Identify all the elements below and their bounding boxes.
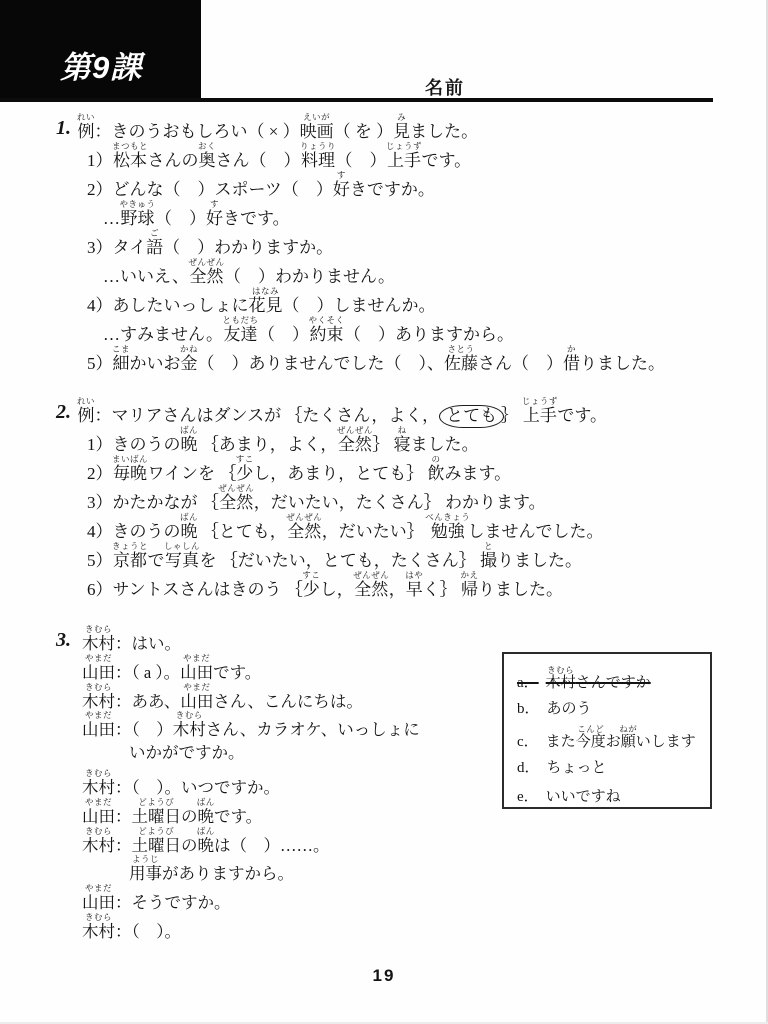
option-label: d． [517,760,540,776]
text-segment: （ ） [155,209,206,228]
ruby-text: 毎晩まいばん [113,464,148,483]
text-segment: ：きのうおもしろい（ × ） [95,122,300,141]
text-segment: ，だいたい｝ [322,522,428,541]
text-segment: 6）サントスさんはきのう ｛ [87,580,303,599]
text-segment: ：（ ）。 [115,922,181,941]
ruby-base: 晩 [197,836,215,855]
ruby-base: 語 [146,238,163,257]
furigana: ぜんぜん [189,257,225,267]
ruby-base: 佐藤 [444,354,478,373]
text-segment: ちょっと [547,760,607,776]
furigana: やまだ [82,653,115,663]
circled-answer: とても [439,405,504,428]
text-segment: ， [389,580,406,599]
ruby-text: 木村きむら [546,675,576,691]
answer-option: e．いいですね [517,783,710,813]
header-rule [0,98,713,102]
ruby-base: 木村 [173,720,206,739]
furigana: ようじ [129,854,162,864]
text-segment: （ ）ありませんでした（ ）、 [198,354,445,373]
ruby-base: 飲 [428,464,445,483]
ruby-text: 少すこ [236,464,253,483]
furigana: じょうず [522,396,558,406]
text-segment: … [103,209,120,228]
furigana: み [393,112,410,122]
text-segment: また [546,734,576,750]
furigana: しゃしん [164,541,200,551]
ruby-base: 野球 [120,209,156,228]
ruby-text: 見み [393,122,410,141]
ruby-base: 好 [333,180,350,199]
ruby-text: 寝ね [394,435,411,454]
worksheet-line: 例れい：マリアさんはダンスが ｛たくさん，よく，とても｝ 上手じょうずです。 [77,396,607,425]
text-segment: く｝ [423,580,461,599]
ruby-text: 用事ようじ [129,864,162,883]
ruby-text: 願ねが [621,734,636,750]
ruby-text: 早はや [406,580,423,599]
section-number: 1. [56,117,71,140]
worksheet-page: 第9課 名前 1.例れい：きのうおもしろい（ × ）映画えいが（ を ）見みまし… [0,0,768,1024]
furigana: やまだ [82,883,115,893]
ruby-base: 料理 [300,151,336,170]
ruby-text: 木村きむら [82,922,115,941]
text-segment: です。 [557,406,607,425]
furigana: かえ [460,570,478,580]
furigana: はなみ [249,286,283,296]
ruby-base: 山田 [82,893,115,912]
ruby-base: 山田 [180,692,213,711]
answer-option: a．木村きむらさんですか [517,665,710,695]
text-segment: 2） [87,464,113,483]
text-segment: …すみません。 [103,325,223,344]
ruby-text: 上手じょうず [522,406,557,425]
text-segment: の [181,807,198,826]
ruby-base: 晩 [197,807,215,826]
ruby-text: 山田やまだ [82,807,115,826]
text-segment: いいですね [546,789,621,805]
worksheet-line: 3）タイ語ご（ ）わかりますか。 [87,228,665,257]
ruby-text: 好す [206,209,223,228]
ruby-base: 上手 [386,151,422,170]
ruby-text: 好す [333,180,350,199]
ruby-base: 木村 [546,675,576,691]
text-segment: きです。 [223,209,290,228]
text-segment: ワインを ｛ [148,464,237,483]
ruby-text: 帰かえ [461,580,478,599]
ruby-base: 木村 [82,692,115,711]
text-segment: いします [636,734,696,750]
ruby-base: 映画 [300,122,334,141]
ruby-text: 語ご [146,238,163,257]
worksheet-line: 5）細こまかいお金かね（ ）ありませんでした（ ）、佐藤さとうさん（ ）借かりま… [87,344,665,373]
furigana: すこ [302,570,320,580]
furigana: えいが [300,112,334,122]
text-segment: さん（ ） [216,151,301,170]
ruby-text: 山田やまだ [180,692,213,711]
ruby-base: 例 [77,406,95,425]
ruby-base: 全然 [286,522,322,541]
ruby-text: 晩ばん [198,807,215,826]
worksheet-line: 2）毎晩まいばんワインを ｛少すこし，あまり，とても｝ 飲のみます。 [87,454,607,483]
ruby-base: 撮 [480,551,497,570]
text-segment: 3）かたかなが ｛ [87,493,219,512]
worksheet-line: …いいえ、全然ぜんぜん（ ）わかりません。 [103,257,665,286]
furigana: ぜんぜん [218,483,254,493]
worksheet-line: 4）きのうの晩ばん ｛とても，全然ぜんぜん，だいたい｝ 勉強べんきょうしませんで… [87,512,607,541]
section-number: 2. [56,401,71,424]
ruby-text: 木村きむら [82,692,115,711]
text-segment: ：（ ）。いつですか。 [115,778,280,797]
furigana: どようび [132,826,181,836]
furigana: きむら [82,912,115,922]
text-segment: ： [115,807,132,826]
option-label: e． [517,789,539,805]
option-label: c． [517,734,539,750]
worksheet-line: 2）どんな（ ）スポーツ（ ）好すきですか。 [87,170,665,199]
furigana: やまだ [82,797,115,807]
answer-option: b．あのう [517,695,710,725]
ruby-base: 寝 [394,435,411,454]
ruby-text: 花見はなみ [249,296,283,315]
ruby-text: 映画えいが [300,122,334,141]
ruby-base: 晩 [180,522,198,541]
furigana: じょうず [386,141,422,151]
text-segment: （ ）ありますから。 [344,325,514,344]
furigana: きむら [82,682,115,692]
furigana: すこ [236,454,254,464]
furigana: ばん [180,512,198,522]
ruby-text: 飲の [428,464,445,483]
text-segment: ｛とても， [198,522,287,541]
text-segment: 3）タイ [87,238,146,257]
text-segment: ： [115,836,132,855]
furigana: どようび [132,797,181,807]
furigana: かね [180,344,198,354]
furigana: やまだ [82,710,115,720]
text-segment: （ を ） [334,122,394,141]
text-segment: （ ）しませんか。 [283,296,436,315]
text-segment: いかがですか。 [129,743,245,762]
text-segment: ｛あまり，よく， [198,435,338,454]
ruby-text: 佐藤さとう [444,354,478,373]
lesson-title: 第9課 [60,42,142,87]
ruby-base: 少 [236,464,254,483]
text-segment: ：マリアさんはダンスが ｛たくさん，よく， [95,406,440,425]
ruby-text: 山田やまだ [82,720,115,739]
text-segment: …いいえ、 [103,267,189,286]
ruby-base: 山田 [82,720,115,739]
ruby-base: 金 [180,354,198,373]
text-segment: 1）きのうの [87,435,181,454]
lesson-header-block: 第9課 [0,0,201,98]
ruby-base: 例 [77,122,95,141]
text-segment: みます。 [445,464,512,483]
ruby-text: 全然ぜんぜん [337,435,372,454]
furigana: きむら [82,826,115,836]
ruby-text: 金かね [181,354,198,373]
text-segment: ました。 [410,122,478,141]
furigana: きょうと [112,541,148,551]
ruby-base: 木村 [82,778,115,797]
ruby-base: 全然 [337,435,373,454]
furigana: やまだ [180,682,213,692]
ruby-text: 撮と [480,551,497,570]
worksheet-line: 4）あしたいっしょに花見はなみ（ ）しませんか。 [87,286,665,315]
text-segment: かいお [130,354,181,373]
ruby-base: 花見 [249,296,283,315]
ruby-base: 用事 [129,864,162,883]
ruby-base: 毎晩 [112,464,148,483]
worksheet-line: 例れい：きのうおもしろい（ × ）映画えいが（ を ）見みました。 [77,112,665,141]
answer-option: d．ちょっと [517,754,710,784]
ruby-base: 少 [302,580,320,599]
ruby-text: 晩ばん [198,836,215,855]
text-segment: し，あまり，とても｝ [253,464,427,483]
ruby-text: 京都きょうと [113,551,148,570]
ruby-base: 全然 [353,580,389,599]
ruby-text: 全然ぜんぜん [354,580,389,599]
text-segment: しませんでした。 [468,522,604,541]
worksheet-line: 木村きむら：はい。 [82,624,420,653]
ruby-base: 上手 [522,406,558,425]
text-segment: ：そうですか。 [115,893,231,912]
furigana: きむら [546,665,576,675]
ruby-text: 木村きむら [82,836,115,855]
ruby-base: 山田 [82,663,115,682]
furigana: やくそく [309,315,345,325]
text-segment: さんの [148,151,199,170]
furigana: ともだち [223,315,259,325]
text-segment: （ ） [258,325,309,344]
furigana: す [333,170,350,180]
furigana: と [480,541,497,551]
furigana: きむら [173,710,206,720]
exercise-section-3: 3.木村きむら：はい。山田やまだ：（ a ）。山田やまだです。木村きむら：ああ、… [56,624,420,941]
ruby-text: 写真しゃしん [165,551,200,570]
text-segment: ：はい。 [115,634,181,653]
ruby-base: 勉強 [425,522,470,541]
ruby-base: 写真 [164,551,200,570]
section-number: 3. [56,629,71,652]
furigana: まいばん [112,454,148,464]
ruby-text: 晩ばん [181,522,198,541]
furigana: さとう [444,344,478,354]
ruby-text: 料理りょうり [301,151,336,170]
ruby-text: 全然ぜんぜん [287,522,322,541]
furigana: やきゅう [120,199,156,209]
exercise-section-1: 1.例れい：きのうおもしろい（ × ）映画えいが（ を ）見みました。1）松本ま… [56,112,665,373]
ruby-base: 願 [619,734,637,750]
text-segment: 4）あしたいっしょに [87,296,249,315]
text-segment: し， [320,580,354,599]
ruby-text: 例れい [77,406,95,425]
ruby-base: 木村 [82,634,115,653]
text-segment: ，だいたい，たくさん｝ わかります。 [254,493,546,512]
ruby-base: 友達 [223,325,259,344]
text-segment: きですか。 [350,180,435,199]
text-segment: ：（ ） [115,720,173,739]
text-segment: 5） [87,354,113,373]
text-segment: です。 [214,807,262,826]
text-segment: りました。 [497,551,582,570]
ruby-text: 土曜日どようび [132,807,182,826]
ruby-base: 土曜日 [132,807,182,826]
ruby-text: 木村きむら [82,634,115,653]
ruby-base: 土曜日 [132,836,182,855]
furigana: ばん [197,797,215,807]
text-segment: りました。 [580,354,665,373]
furigana: きむら [82,624,115,634]
ruby-text: 例れい [77,122,95,141]
furigana: れい [77,396,95,406]
ruby-text: 上手じょうず [387,151,422,170]
furigana: ぜんぜん [353,570,389,580]
ruby-base: 木村 [82,922,115,941]
ruby-text: 松本まつもと [113,151,148,170]
ruby-base: 全然 [218,493,254,512]
furigana: りょうり [300,141,336,151]
furigana: か [563,344,580,354]
ruby-base: 山田 [82,807,115,826]
text-segment: 5） [87,551,113,570]
furigana: ね [394,425,411,435]
text-segment: さん、カラオケ、いっしょに [206,720,420,739]
ruby-base: 今度 [576,734,606,750]
ruby-base: 晩 [180,435,198,454]
ruby-text: 約束やくそく [309,325,344,344]
furigana: の [428,454,445,464]
furigana: おく [198,141,216,151]
ruby-text: 木村きむら [173,720,206,739]
text-segment: ｝ [501,406,522,425]
furigana: べんきょう [425,512,470,522]
ruby-base: 松本 [112,151,148,170]
ruby-text: 山田やまだ [82,893,115,912]
furigana: ご [146,228,163,238]
worksheet-line: 3）かたかなが ｛全然ぜんぜん，だいたい，たくさん｝ わかります。 [87,483,607,512]
furigana: ばん [197,826,215,836]
text-segment: です。 [422,151,472,170]
ruby-base: 山田 [180,663,213,682]
ruby-base: 全然 [189,267,225,286]
furigana: ぜんぜん [286,512,322,522]
option-label: b． [517,701,540,717]
ruby-text: 晩ばん [181,435,198,454]
ruby-base: 細 [112,354,130,373]
answer-options-box: a．木村きむらさんですかb．あのうc．また今度こんどお願ねがいしますd．ちょっと… [502,652,712,809]
ruby-base: 好 [206,209,223,228]
ruby-text: 今度こんど [576,734,606,750]
option-label: a． [517,675,539,691]
text-segment: ました。 [411,435,479,454]
ruby-text: 土曜日どようび [132,836,182,855]
furigana: はや [405,570,423,580]
furigana: こま [112,344,130,354]
name-label: 名前 [425,74,465,100]
text-segment: を ｛だいたい，とても，たくさん｝ [200,551,481,570]
ruby-text: 全然ぜんぜん [219,493,254,512]
furigana: ばん [180,425,198,435]
text-segment: 1） [87,151,113,170]
ruby-text: 借か [563,354,580,373]
text-segment: ｝ [372,435,393,454]
furigana: まつもと [112,141,148,151]
answer-option: c．また今度こんどお願ねがいします [517,724,710,754]
text-segment: がありますから。 [162,864,294,883]
ruby-text: 山田やまだ [82,663,115,682]
worksheet-line: 木村きむら：（ ）。いつですか。 [82,768,420,797]
furigana: れい [77,112,95,122]
ruby-text: 山田やまだ [180,663,213,682]
ruby-text: 勉強べんきょう [428,522,468,541]
ruby-text: 奥おく [199,151,216,170]
ruby-base: 見 [393,122,410,141]
text-segment: ：ああ、 [115,692,180,711]
furigana: きむら [82,768,115,778]
text-segment: （ ）わかりますか。 [163,238,333,257]
text-segment: あのう [547,701,592,717]
text-segment: （ ） [336,151,387,170]
ruby-text: 野球やきゅう [120,209,155,228]
furigana: ねが [619,724,637,734]
text-segment: ：（ a ）。 [115,663,180,682]
ruby-text: 友達ともだち [223,325,258,344]
ruby-text: 少すこ [303,580,320,599]
furigana: す [206,199,223,209]
ruby-base: 借 [563,354,580,373]
worksheet-line: 6）サントスさんはきのう ｛少すこし，全然ぜんぜん，早はやく｝ 帰かえりました。 [87,570,607,599]
ruby-base: 帰 [460,580,478,599]
ruby-text: 細こま [113,354,130,373]
text-segment: は（ ）……。 [214,836,330,855]
text-segment: りました。 [478,580,563,599]
page-number: 19 [0,966,768,986]
exercise-section-2: 2.例れい：マリアさんはダンスが ｛たくさん，よく，とても｝ 上手じょうずです。… [56,396,607,599]
furigana: やまだ [180,653,213,663]
ruby-base: 約束 [309,325,345,344]
furigana: こんど [576,724,606,734]
ruby-base: 京都 [112,551,148,570]
text-segment: で [148,551,165,570]
furigana: ぜんぜん [337,425,373,435]
worksheet-line: 1）松本まつもとさんの奥おくさん（ ）料理りょうり（ ）上手じょうずです。 [87,141,665,170]
text-segment: さん、こんにちは。 [213,692,363,711]
text-segment: です。 [213,663,261,682]
ruby-base: 木村 [82,836,115,855]
text-segment: 4）きのうの [87,522,181,541]
ruby-text: 全然ぜんぜん [189,267,224,286]
ruby-text: 木村きむら [82,778,115,797]
text-segment: （ ）わかりません。 [224,267,395,286]
text-segment: の [181,836,198,855]
text-segment: さん（ ） [478,354,563,373]
text-segment: 2）どんな（ ）スポーツ（ ） [87,180,333,199]
worksheet-line: 5）京都きょうとで写真しゃしんを ｛だいたい，とても，たくさん｝ 撮とりました。 [87,541,607,570]
ruby-base: 奥 [198,151,216,170]
text-segment: さんですか [576,675,651,691]
worksheet-line: …すみません。友達ともだち（ ）約束やくそく（ ）ありますから。 [103,315,665,344]
ruby-base: 早 [405,580,423,599]
